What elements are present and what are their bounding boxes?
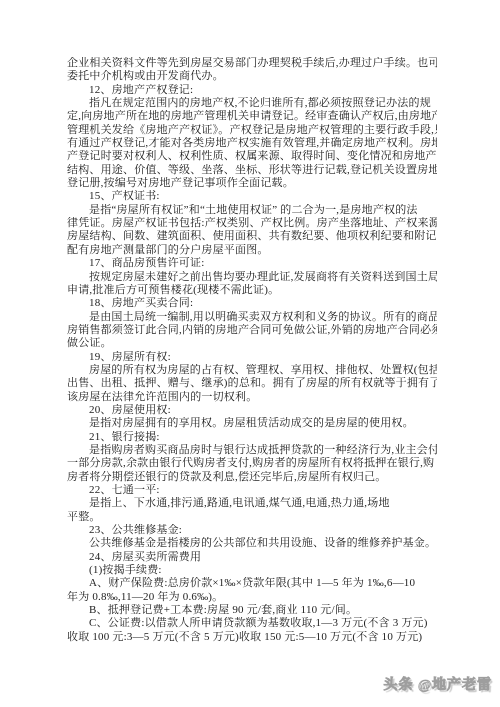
text-line: 24、房屋买卖所需费用 xyxy=(67,551,437,564)
text-line: 22、七通一平: xyxy=(67,484,437,497)
text-line: 企业相关资料文件等先到房屋交易部门办理契税手续后,办理过户手续。也可以 xyxy=(67,57,437,70)
text-line: 21、银行接揭: xyxy=(67,431,437,444)
text-line: 做公证。 xyxy=(67,337,437,350)
text-line: 20、房屋使用权: xyxy=(67,404,437,417)
text-line: 产登记时要对权利人、权利性质、权属来源、取得时间、变化情况和房地产面积、 xyxy=(67,150,437,163)
text-line: 收取 100 元:3—5 万元(不含 5 万元)收取 150 元:5—10 万元… xyxy=(67,631,437,644)
text-line: 公共维修基金是指楼房的公共部位和共用设施、设备的维修养护基金。 xyxy=(67,537,437,550)
text-line: 指凡在规定范围内的房地产权,不论归谁所有,都必须按照登记办法的规 xyxy=(67,97,437,110)
text-line: 房屋结构、间数、建筑面积、使用面积、共有数纪要、他项权利纪要和附记,并 xyxy=(67,230,437,243)
text-line: 是指对房屋拥有的享用权。房屋租赁活动成交的是房屋的使用权。 xyxy=(67,417,437,430)
text-line: 律凭证。房屋产权证书包括:产权类别、产权比例。房产坐落地址、产权来源、 xyxy=(67,217,437,230)
text-line: 是指“房屋所有权证”和“土地使用权证” 的二合为一,是房地产权的法 xyxy=(67,204,437,217)
text-line: 出售、出租、抵押、赠与、继承)的总和。拥有了房屋的所有权就等于拥有了对 xyxy=(67,377,437,390)
text-line: 该房屋在法律允许范围内的一切权利。 xyxy=(67,391,437,404)
text-line: 15、产权证书: xyxy=(67,190,437,203)
text-line: 管理机关发给《房地产产权证》。产权登记是房地产权管理的主要行政手段,只 xyxy=(67,124,437,137)
text-line: 房者将分期偿还银行的贷款及利息,偿还完毕后,房屋所有权归己。 xyxy=(67,471,437,484)
text-line: 委托中介机构或由开发商代办。 xyxy=(67,70,437,83)
text-line: 结构、用途、价值、等级、坐落、坐标、形状等进行记载,登记机关设置房地产 xyxy=(67,164,437,177)
text-line: 是由国土局统一编制,用以明确买卖双方权利和义务的协议。所有的商品 xyxy=(67,311,437,324)
text-line: 是指上、下水通,排污通,路通,电讯通,煤气通,电通,热力通,场地 xyxy=(67,497,437,510)
text-line: 一部分房款,余款由银行代购房者支付,购房者的房屋所有权将抵押在银行,购 xyxy=(67,457,437,470)
text-line: 12、房地产产权登记: xyxy=(67,84,437,97)
text-line: 按规定房屋未建好之前出售均要办理此证,发展商将有关资料送到国土局 xyxy=(67,271,437,284)
text-line: 房销售都须签订此合同,内销的房地产合同可免做公证,外销的房地产合同必须 xyxy=(67,324,437,337)
text-line: 配有房地产测量部门的分户房屋平面图。 xyxy=(67,244,437,257)
text-line: 是指购房者购买商品房时与银行达成抵押贷款的一种经济行为,业主会付 xyxy=(67,444,437,457)
watermark: 头条 @地产老雷 xyxy=(383,674,492,694)
text-line: 有通过产权登记,才能对各类房地产权实施有效管理,并确定房地产权利。房地 xyxy=(67,137,437,150)
text-line: 23、公共维修基金: xyxy=(67,524,437,537)
text-line: 18、房地产买卖合同: xyxy=(67,297,437,310)
text-line: 登记册,按编号对房地产登记事项作全面记载。 xyxy=(67,177,437,190)
text-line: 平整。 xyxy=(67,511,437,524)
text-line: 申请,批准后方可预售楼花(现楼不需此证)。 xyxy=(67,284,437,297)
text-line: B、抵押登记费+工本费:房屋 90 元/套,商业 110 元/间。 xyxy=(67,604,437,617)
text-line: 19、房屋所有权: xyxy=(67,351,437,364)
text-line: 17、商品房预售许可证: xyxy=(67,257,437,270)
text-line: 定,向房地产所在地的房地产管理机关申请登记。经审查确认产权后,由房地产 xyxy=(67,110,437,123)
document-page: 企业相关资料文件等先到房屋交易部门办理契税手续后,办理过户手续。也可以委托中介机… xyxy=(0,0,500,707)
text-line: A、财产保险费:总房价款×1‰×贷款年限(其中 1—5 年为 1‰,6—10 xyxy=(67,577,437,590)
text-line: 房屋的所有权为房屋的占有权、管理权、享用权、排他权、处置权(包括 xyxy=(67,364,437,377)
text-line: (1)按揭手续费: xyxy=(67,564,437,577)
text-line: C、公证费:以借款人所申请贷款额为基数收取,1—3 万元(不含 3 万元) xyxy=(67,617,437,630)
document-body: 企业相关资料文件等先到房屋交易部门办理契税手续后,办理过户手续。也可以委托中介机… xyxy=(67,57,437,644)
text-line: 年为 0.8‰,11—20 年为 0.6‰)。 xyxy=(67,591,437,604)
